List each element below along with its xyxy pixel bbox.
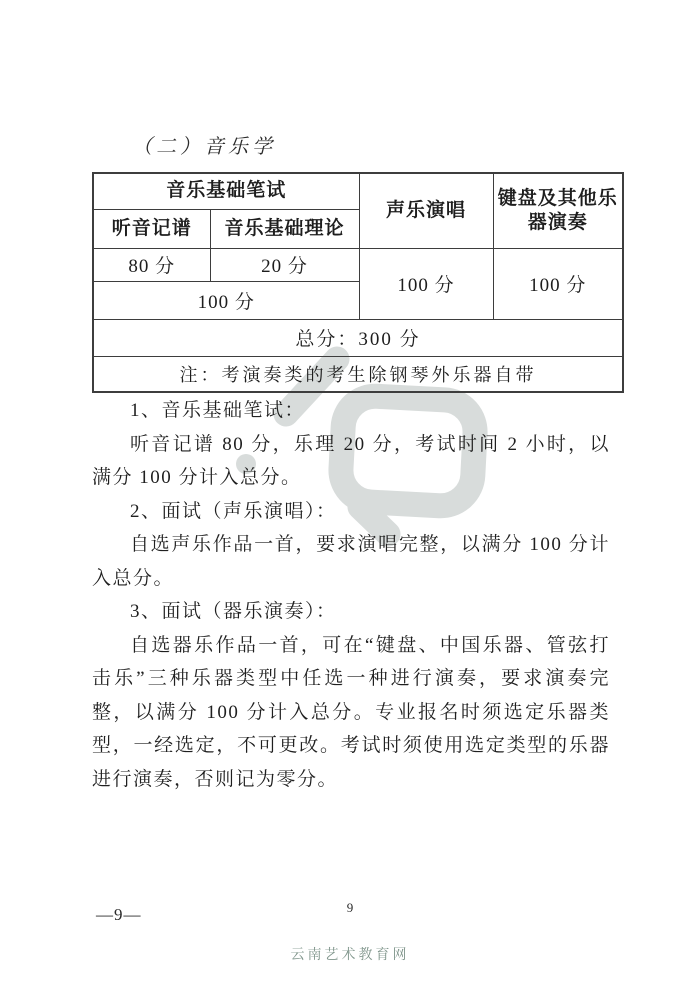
score-vocal: 100 分 (359, 248, 493, 319)
site-watermark-text: 云南艺术教育网 (0, 944, 700, 964)
score-written-total: 100 分 (93, 281, 359, 319)
table-row: 总分：300 分 (93, 319, 623, 356)
score-theory: 20 分 (210, 248, 359, 281)
paragraph: 3、面试（器乐演奏）： (92, 595, 610, 629)
total-score: 总分：300 分 (93, 319, 623, 356)
paragraph: 听音记谱 80 分，乐理 20 分，考试时间 2 小时，以满分 100 分计入总… (92, 428, 610, 495)
paragraph: 1、音乐基础笔试： (92, 394, 610, 428)
header-keyboard: 键盘及其他乐器演奏 (493, 173, 623, 248)
paragraph: 自选器乐作品一首，可在“键盘、中国乐器、管弦打击乐”三种乐器类型中任选一种进行演… (92, 629, 610, 797)
header-written-test: 音乐基础笔试 (93, 173, 359, 209)
table-note: 注：考演奏类的考生除钢琴外乐器自带 (93, 356, 623, 392)
body-text: 1、音乐基础笔试： 听音记谱 80 分，乐理 20 分，考试时间 2 小时，以满… (92, 394, 610, 796)
table-row: 注：考演奏类的考生除钢琴外乐器自带 (93, 356, 623, 392)
score-table: 音乐基础笔试 声乐演唱 键盘及其他乐器演奏 听音记谱 音乐基础理论 80 分 2… (92, 172, 624, 393)
document-page: （二）音乐学 音乐基础笔试 声乐演唱 键盘及其他乐器演奏 听音记谱 音乐基础理论… (0, 0, 700, 989)
table-row: 80 分 20 分 100 分 100 分 (93, 248, 623, 281)
header-listening: 听音记谱 (93, 209, 210, 248)
header-theory: 音乐基础理论 (210, 209, 359, 248)
page-number: 9 (0, 900, 700, 916)
score-listening: 80 分 (93, 248, 210, 281)
score-keyboard: 100 分 (493, 248, 623, 319)
section-title: （二）音乐学 (132, 130, 276, 159)
paragraph: 2、面试（声乐演唱）： (92, 495, 610, 529)
table-row: 音乐基础笔试 声乐演唱 键盘及其他乐器演奏 (93, 173, 623, 209)
paragraph: 自选声乐作品一首，要求演唱完整，以满分 100 分计入总分。 (92, 528, 610, 595)
header-vocal: 声乐演唱 (359, 173, 493, 248)
